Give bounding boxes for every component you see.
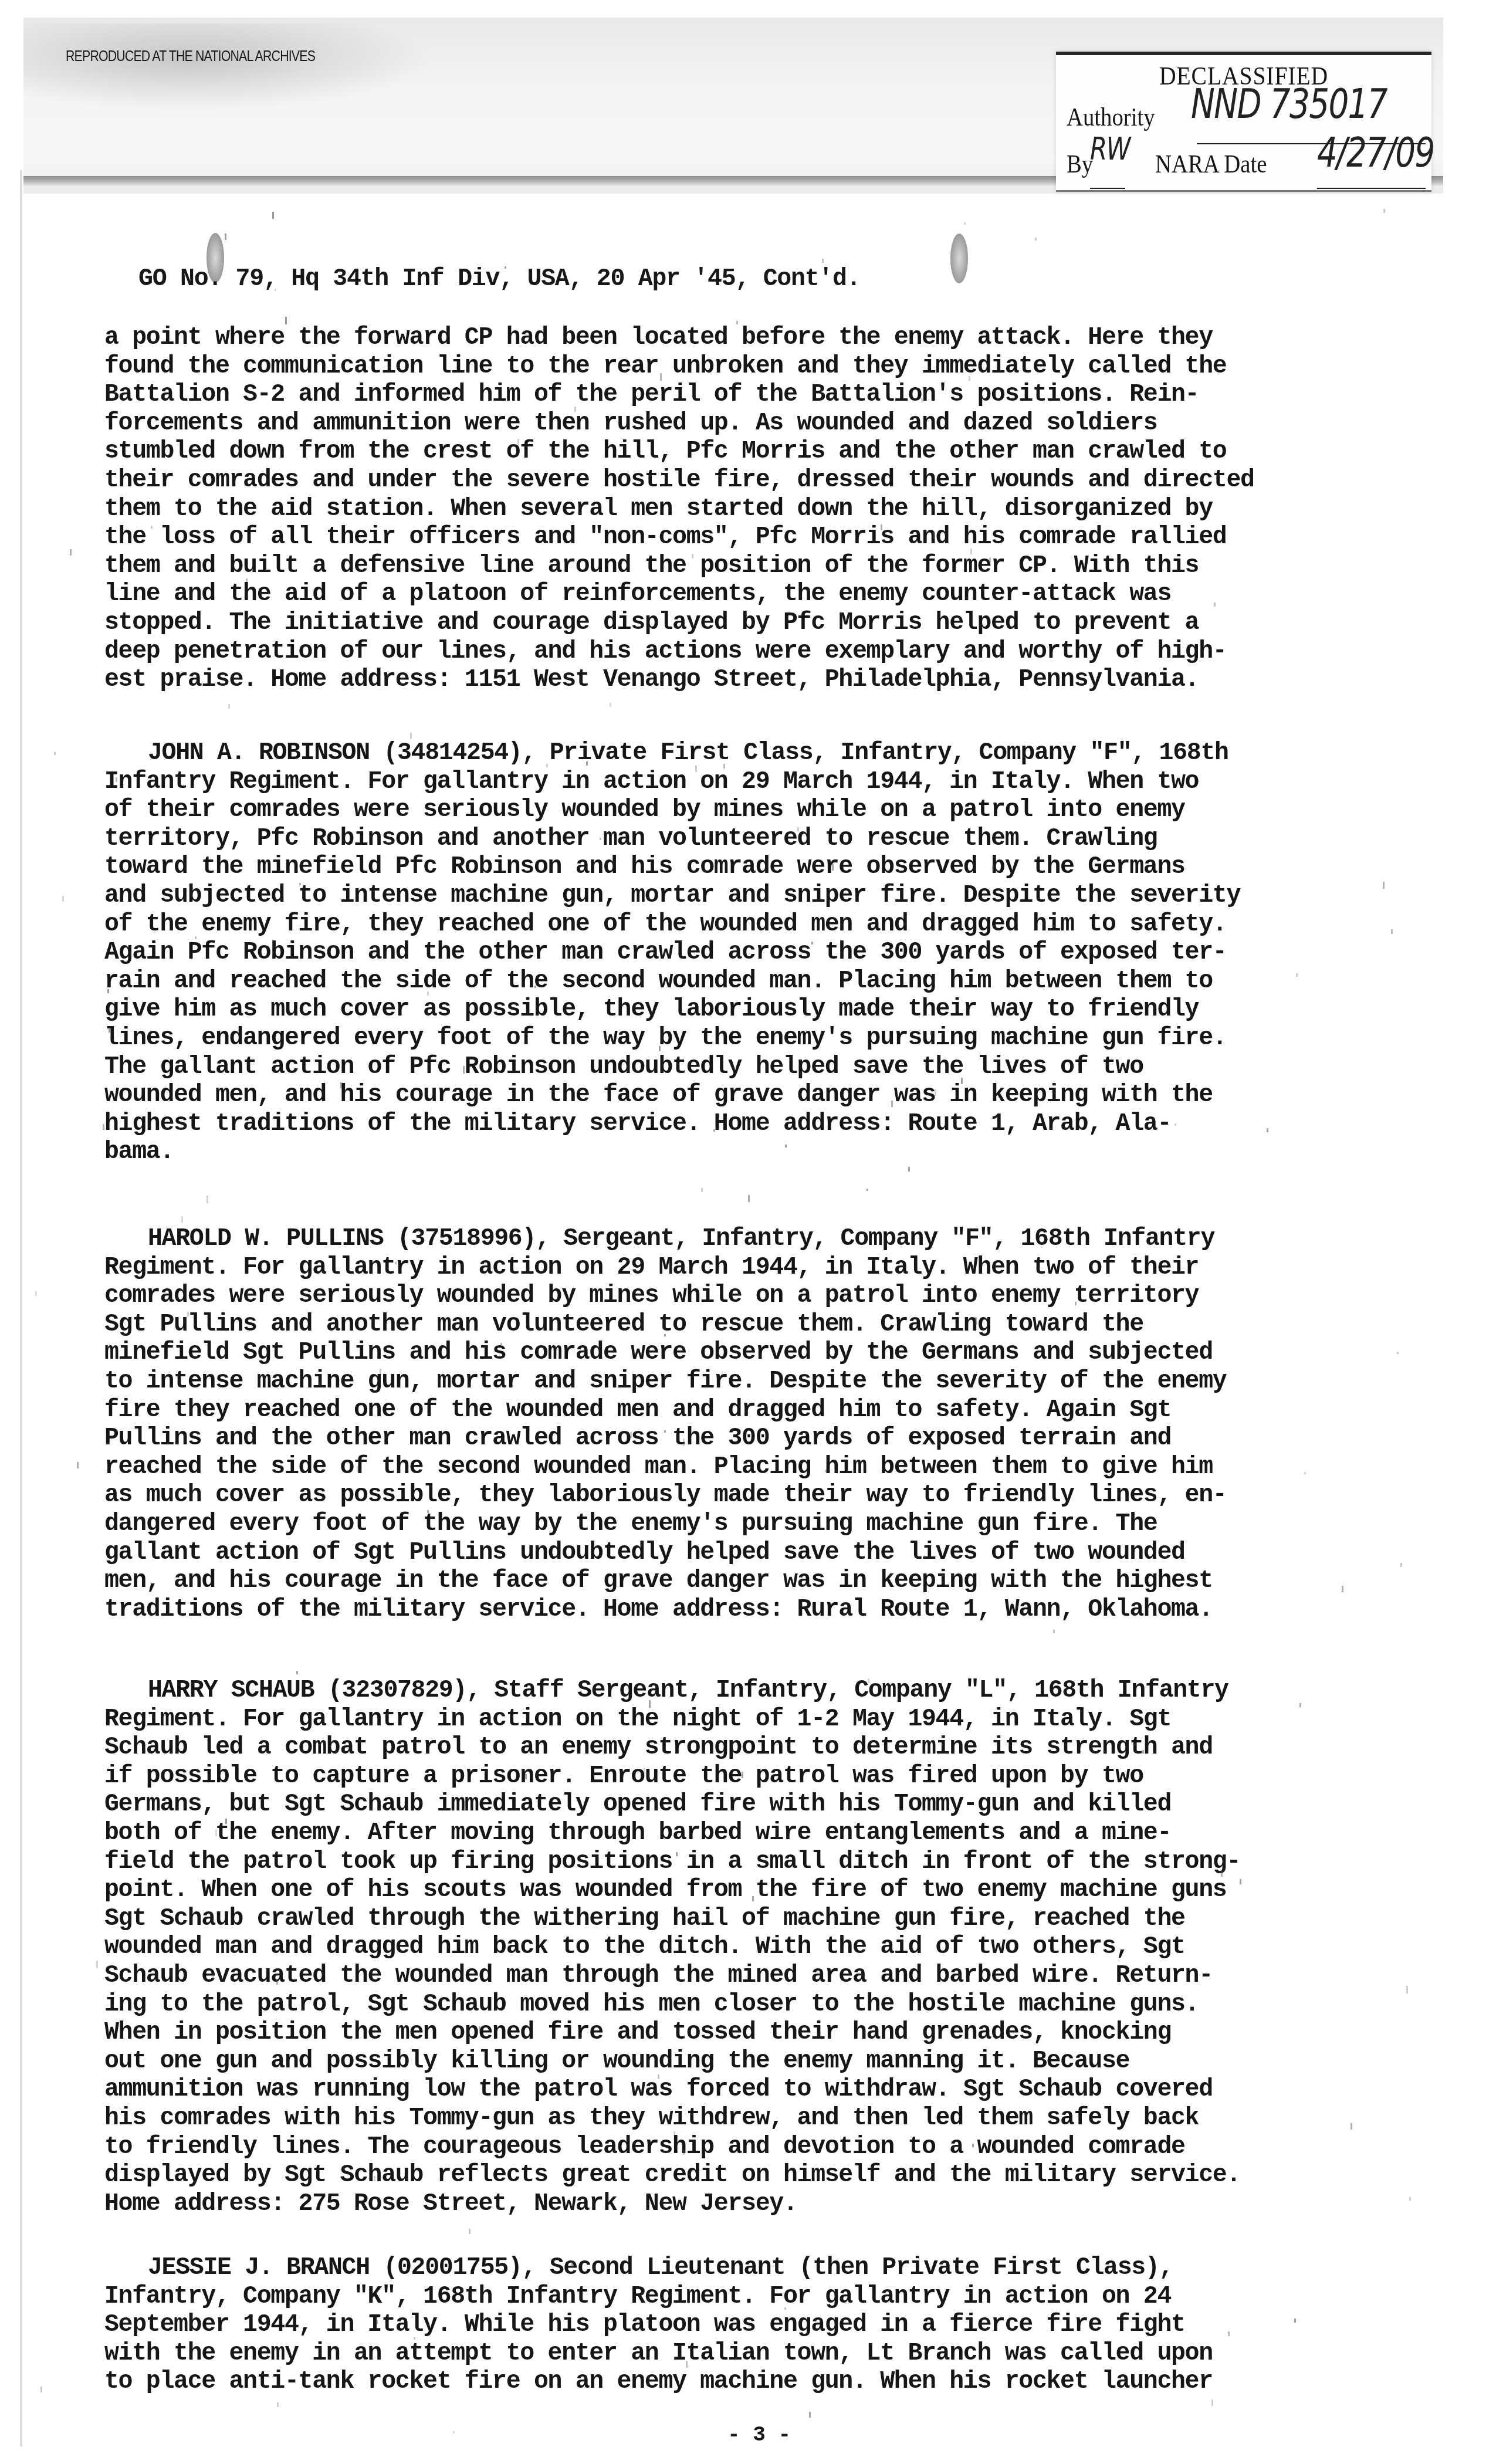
by-label: By: [1067, 149, 1093, 179]
speck: [1053, 1630, 1055, 1633]
text-line: a point where the forward CP had been lo…: [104, 324, 1366, 353]
speck: [868, 1678, 869, 1683]
speck: [1383, 882, 1385, 889]
text-line: give him as much cover as possible, they…: [104, 996, 1366, 1024]
text-line: est praise. Home address: 1151 West Vena…: [104, 666, 1366, 695]
speck: [660, 373, 662, 381]
speck: [215, 1829, 217, 1836]
speck: [546, 764, 548, 767]
speck: [109, 1028, 110, 1033]
speck: [930, 1031, 932, 1035]
speck: [1228, 2331, 1230, 2336]
speck: [272, 212, 274, 219]
speck: [54, 752, 56, 755]
speck: [276, 1979, 278, 1985]
speck: [1240, 1879, 1241, 1884]
speck: [574, 407, 576, 412]
text-line: When in position the men opened fire and…: [104, 2019, 1366, 2047]
speck: [975, 1317, 977, 1325]
speck: [752, 1896, 754, 1901]
text-line: Schaub evacuated the wounded man through…: [104, 1962, 1366, 1991]
speck: [785, 1145, 787, 1148]
text-line: dangered every foot of the way by the en…: [104, 1510, 1366, 1539]
speck: [686, 2361, 688, 2368]
speck: [872, 1121, 874, 1125]
text-line: bama.: [104, 1138, 1366, 1167]
text-line: to friendly lines. The courageous leader…: [104, 2133, 1366, 2162]
nara-date-label: NARA Date: [1155, 149, 1267, 179]
text-line: HARRY SCHAUB (32307829), Staff Sergeant,…: [104, 1677, 1366, 1705]
speck: [797, 2057, 799, 2064]
text-line: out one gun and possibly killing or woun…: [104, 2047, 1366, 2076]
text-line: wounded men, and his courage in the face…: [104, 1081, 1366, 1110]
speck: [505, 266, 506, 269]
text-line: both of the enemy. After moving through …: [104, 1819, 1366, 1848]
punch-hole: [950, 233, 968, 283]
by-underline: [1090, 188, 1125, 189]
speck: [701, 1188, 703, 1192]
text-line: Regiment. For gallantry in action on 29 …: [104, 1254, 1366, 1282]
speck: [62, 896, 64, 902]
speck: [1175, 1123, 1176, 1126]
speck: [630, 1432, 632, 1438]
text-line: JESSIE J. BRANCH (02001755), Second Lieu…: [104, 2254, 1366, 2283]
speck: [901, 1062, 903, 1064]
paragraph-pullins-citation: HAROLD W. PULLINS (37518996), Sergeant, …: [104, 1225, 1366, 1624]
speck: [664, 1334, 666, 1336]
text-line: as much cover as possible, they laboriou…: [104, 1481, 1366, 1510]
page-left-edge: [20, 170, 22, 2446]
speck: [664, 1430, 666, 1433]
text-line: found the communication line to the rear…: [104, 353, 1366, 381]
text-line: line and the aid of a platoon of reinfor…: [104, 580, 1366, 609]
speck: [534, 986, 536, 988]
speck: [1304, 1472, 1306, 1474]
speck: [1383, 209, 1385, 213]
speck: [1342, 1586, 1343, 1592]
text-line: point. When one of his scouts was wounde…: [104, 1876, 1366, 1905]
speck: [1391, 929, 1393, 934]
speck: [96, 1961, 98, 1968]
speck: [525, 1774, 527, 1779]
speck: [479, 2026, 480, 2031]
text-line: to intense machine gun, mortar and snipe…: [104, 1368, 1366, 1396]
speck: [1211, 2399, 1213, 2406]
speck: [748, 1195, 750, 1202]
text-line: minefield Sgt Pullins and his comrade we…: [104, 1339, 1366, 1368]
speck: [1294, 2319, 1296, 2323]
speck: [644, 1768, 645, 1774]
speck: [731, 1456, 733, 1458]
speck: [517, 439, 519, 445]
speck: [414, 2337, 415, 2340]
speck: [103, 1124, 104, 1130]
speck: [784, 2307, 786, 2310]
speck: [970, 549, 972, 554]
speck: [571, 2262, 573, 2268]
speck: [126, 998, 128, 1001]
speck: [695, 766, 697, 772]
speck: [832, 864, 834, 871]
speck: [107, 989, 109, 993]
speck: [969, 376, 970, 381]
speck: [972, 2144, 974, 2147]
text-line: stopped. The initiative and courage disp…: [104, 609, 1366, 638]
speck: [525, 1610, 527, 1613]
speck: [867, 1189, 868, 1191]
speck: [374, 2176, 375, 2181]
text-line: JOHN A. ROBINSON (34814254), Private Fir…: [104, 739, 1366, 768]
speck: [1296, 973, 1298, 977]
speck: [964, 222, 966, 225]
text-line: their comrades and under the severe host…: [104, 466, 1366, 495]
speck: [742, 1772, 743, 1778]
speck: [1075, 1302, 1077, 1305]
speck: [881, 524, 882, 530]
text-line: territory, Pfc Robinson and another man …: [104, 825, 1366, 854]
speck: [658, 2074, 659, 2079]
speck: [1351, 2123, 1352, 2130]
text-line: wounded man and dragged him back to the …: [104, 1933, 1366, 1962]
speck: [299, 883, 301, 885]
speck: [427, 991, 429, 996]
speck: [135, 565, 137, 567]
text-line: September 1944, in Italy. While his plat…: [104, 2311, 1366, 2340]
speck: [649, 1700, 651, 1708]
text-line: Home address: 275 Rose Street, Newark, N…: [104, 2190, 1366, 2219]
speck: [723, 764, 725, 769]
text-line: his comrades with his Tommy-gun as they …: [104, 2104, 1366, 2133]
text-line: if possible to capture a prisoner. Enrou…: [104, 1762, 1366, 1791]
speck: [713, 1129, 715, 1132]
text-line: of their comrades were seriously wounded…: [104, 796, 1366, 825]
speck: [340, 1082, 342, 1088]
speck: [891, 1101, 893, 1107]
paragraph-branch-citation: JESSIE J. BRANCH (02001755), Second Lieu…: [104, 2254, 1366, 2397]
date-handwritten: 4/27/09: [1317, 128, 1434, 177]
speck: [463, 1066, 465, 1074]
speck: [915, 427, 916, 429]
speck: [933, 532, 935, 539]
text-line: Again Pfc Robinson and the other man cra…: [104, 939, 1366, 967]
speck: [195, 936, 197, 939]
speck: [453, 2431, 455, 2433]
text-line: ing to the patrol, Sgt Schaub moved his …: [104, 1991, 1366, 2019]
speck: [676, 1852, 678, 1856]
speck: [809, 2412, 811, 2418]
text-line: field the patrol took up firing position…: [104, 1848, 1366, 1877]
text-line: Infantry Regiment. For gallantry in acti…: [104, 768, 1366, 797]
speck: [692, 554, 693, 559]
text-line: HAROLD W. PULLINS (37518996), Sergeant, …: [104, 1225, 1366, 1254]
speck: [35, 1291, 37, 1296]
text-line: of the enemy fire, they reached one of t…: [104, 911, 1366, 939]
document-header: GO No. 79, Hq 34th Inf Div, USA, 20 Apr …: [138, 265, 860, 293]
speck: [419, 1914, 421, 1921]
text-line: displayed by Sgt Schaub reflects great c…: [104, 2161, 1366, 2190]
speck: [1397, 1352, 1399, 1354]
speck: [1400, 1563, 1402, 1567]
text-line: them and built a defensive line around t…: [104, 552, 1366, 581]
text-line: Infantry, Company "K", 168th Infantry Re…: [104, 2283, 1366, 2311]
scanner-shadow: [23, 23, 434, 111]
text-line: forcements and ammunition were then rush…: [104, 409, 1366, 438]
text-line: Germans, but Sgt Schaub immediately open…: [104, 1791, 1366, 1819]
declassified-stamp: DECLASSIFIED Authority NND 735017 ByNARA…: [1056, 52, 1431, 192]
speck: [1142, 1750, 1144, 1754]
speck: [187, 1312, 189, 1316]
speck: [1208, 1862, 1210, 1867]
speck: [683, 2150, 685, 2155]
text-line: Schaub led a combat patrol to an enemy s…: [104, 1734, 1366, 1762]
speck: [427, 1510, 429, 1513]
speck: [296, 1671, 298, 1674]
text-line: to place anti-tank rocket fire on an ene…: [104, 2368, 1366, 2397]
speck: [1409, 2197, 1411, 2201]
speck: [1064, 918, 1066, 920]
speck: [469, 2229, 471, 2234]
text-line: ammunition was running low the patrol wa…: [104, 2076, 1366, 2104]
by-initials-handwritten: RW: [1090, 130, 1130, 167]
text-line: lines, endangered every foot of the way …: [104, 1024, 1366, 1053]
speck: [181, 1216, 183, 1223]
speck: [319, 1382, 321, 1386]
speck: [797, 827, 799, 831]
speck: [410, 733, 412, 739]
speck: [1157, 510, 1159, 513]
speck: [357, 1466, 358, 1472]
paragraph-morris-continued: a point where the forward CP had been lo…: [104, 324, 1366, 695]
text-line: men, and his courage in the face of grav…: [104, 1567, 1366, 1596]
speck: [225, 233, 226, 240]
paragraph-schaub-citation: HARRY SCHAUB (32307829), Staff Sergeant,…: [104, 1677, 1366, 2218]
date-underline: [1317, 188, 1426, 189]
speck: [1192, 1575, 1193, 1580]
speck: [275, 289, 276, 291]
speck: [1214, 603, 1216, 607]
page-number: - 3 -: [727, 2423, 791, 2447]
text-line: Pullins and the other man crawled across…: [104, 1424, 1366, 1453]
speck: [673, 2131, 675, 2135]
speck: [395, 1262, 397, 1264]
speck: [586, 761, 588, 766]
paragraph-robinson-citation: JOHN A. ROBINSON (34814254), Private Fir…: [104, 739, 1366, 1167]
text-line: them to the aid station. When several me…: [104, 495, 1366, 524]
speck: [1406, 1986, 1408, 1993]
text-line: The gallant action of Pfc Robinson undou…: [104, 1053, 1366, 1082]
speck: [151, 526, 153, 529]
speck: [225, 1819, 227, 1824]
text-line: stumbled down from the crest of the hill…: [104, 438, 1366, 466]
authority-handwritten: NND 735017: [1191, 80, 1387, 128]
text-line: with the enemy in an attempt to enter an…: [104, 2340, 1366, 2368]
text-line: traditions of the military service. Home…: [104, 1596, 1366, 1624]
text-line: fire they reached one of the wounded men…: [104, 1396, 1366, 1425]
speck: [989, 557, 991, 563]
stamp-authority-row: Authority: [1067, 102, 1167, 132]
speck: [610, 703, 611, 707]
speck: [825, 1470, 827, 1473]
speck: [246, 578, 248, 582]
text-line: Sgt Schaub crawled through the withering…: [104, 1905, 1366, 1934]
text-line: comrades were seriously wounded by mines…: [104, 1282, 1366, 1311]
text-line: reached the side of the second wounded m…: [104, 1453, 1366, 1482]
speck: [921, 398, 923, 402]
archive-label: REPRODUCED AT THE NATIONAL ARCHIVES: [66, 47, 315, 65]
speck: [1221, 1871, 1223, 1877]
speck: [285, 317, 287, 324]
text-line: deep penetration of our lines, and his a…: [104, 638, 1366, 666]
text-line: Sgt Pullins and another man volunteered …: [104, 1311, 1366, 1339]
speck: [380, 1369, 381, 1374]
authority-label: Authority: [1067, 102, 1155, 132]
speck: [600, 838, 601, 840]
speck: [77, 1462, 79, 1468]
speck: [207, 1196, 208, 1203]
speck: [40, 2387, 42, 2392]
speck: [116, 777, 117, 782]
text-line: Battalion S-2 and informed him of the pe…: [104, 381, 1366, 409]
speck: [935, 1089, 936, 1096]
speck: [992, 865, 994, 871]
speck: [144, 2169, 146, 2172]
speck: [212, 1974, 214, 1981]
speck: [736, 321, 738, 324]
speck: [70, 549, 72, 556]
speck: [683, 1439, 685, 1446]
text-line: gallant action of Sgt Pullins undoubtedl…: [104, 1539, 1366, 1568]
speck: [1267, 1128, 1268, 1132]
speck: [961, 1078, 963, 1084]
text-line: rain and reached the side of the second …: [104, 967, 1366, 996]
speck: [228, 704, 230, 709]
speck: [1299, 1703, 1301, 1707]
speck: [500, 1343, 502, 1345]
speck: [908, 1167, 910, 1172]
speck: [1035, 238, 1037, 241]
speck: [822, 259, 824, 263]
speck: [277, 2402, 279, 2407]
text-line: Regiment. For gallantry in action on the…: [104, 1705, 1366, 1734]
text-line: toward the minefield Pfc Robinson and hi…: [104, 853, 1366, 882]
text-line: highest traditions of the military servi…: [104, 1110, 1366, 1139]
speck: [659, 1046, 661, 1051]
text-line: and subjected to intense machine gun, mo…: [104, 882, 1366, 911]
speck: [376, 2320, 378, 2324]
speck: [811, 942, 813, 945]
text-line: the loss of all their officers and "non-…: [104, 523, 1366, 552]
